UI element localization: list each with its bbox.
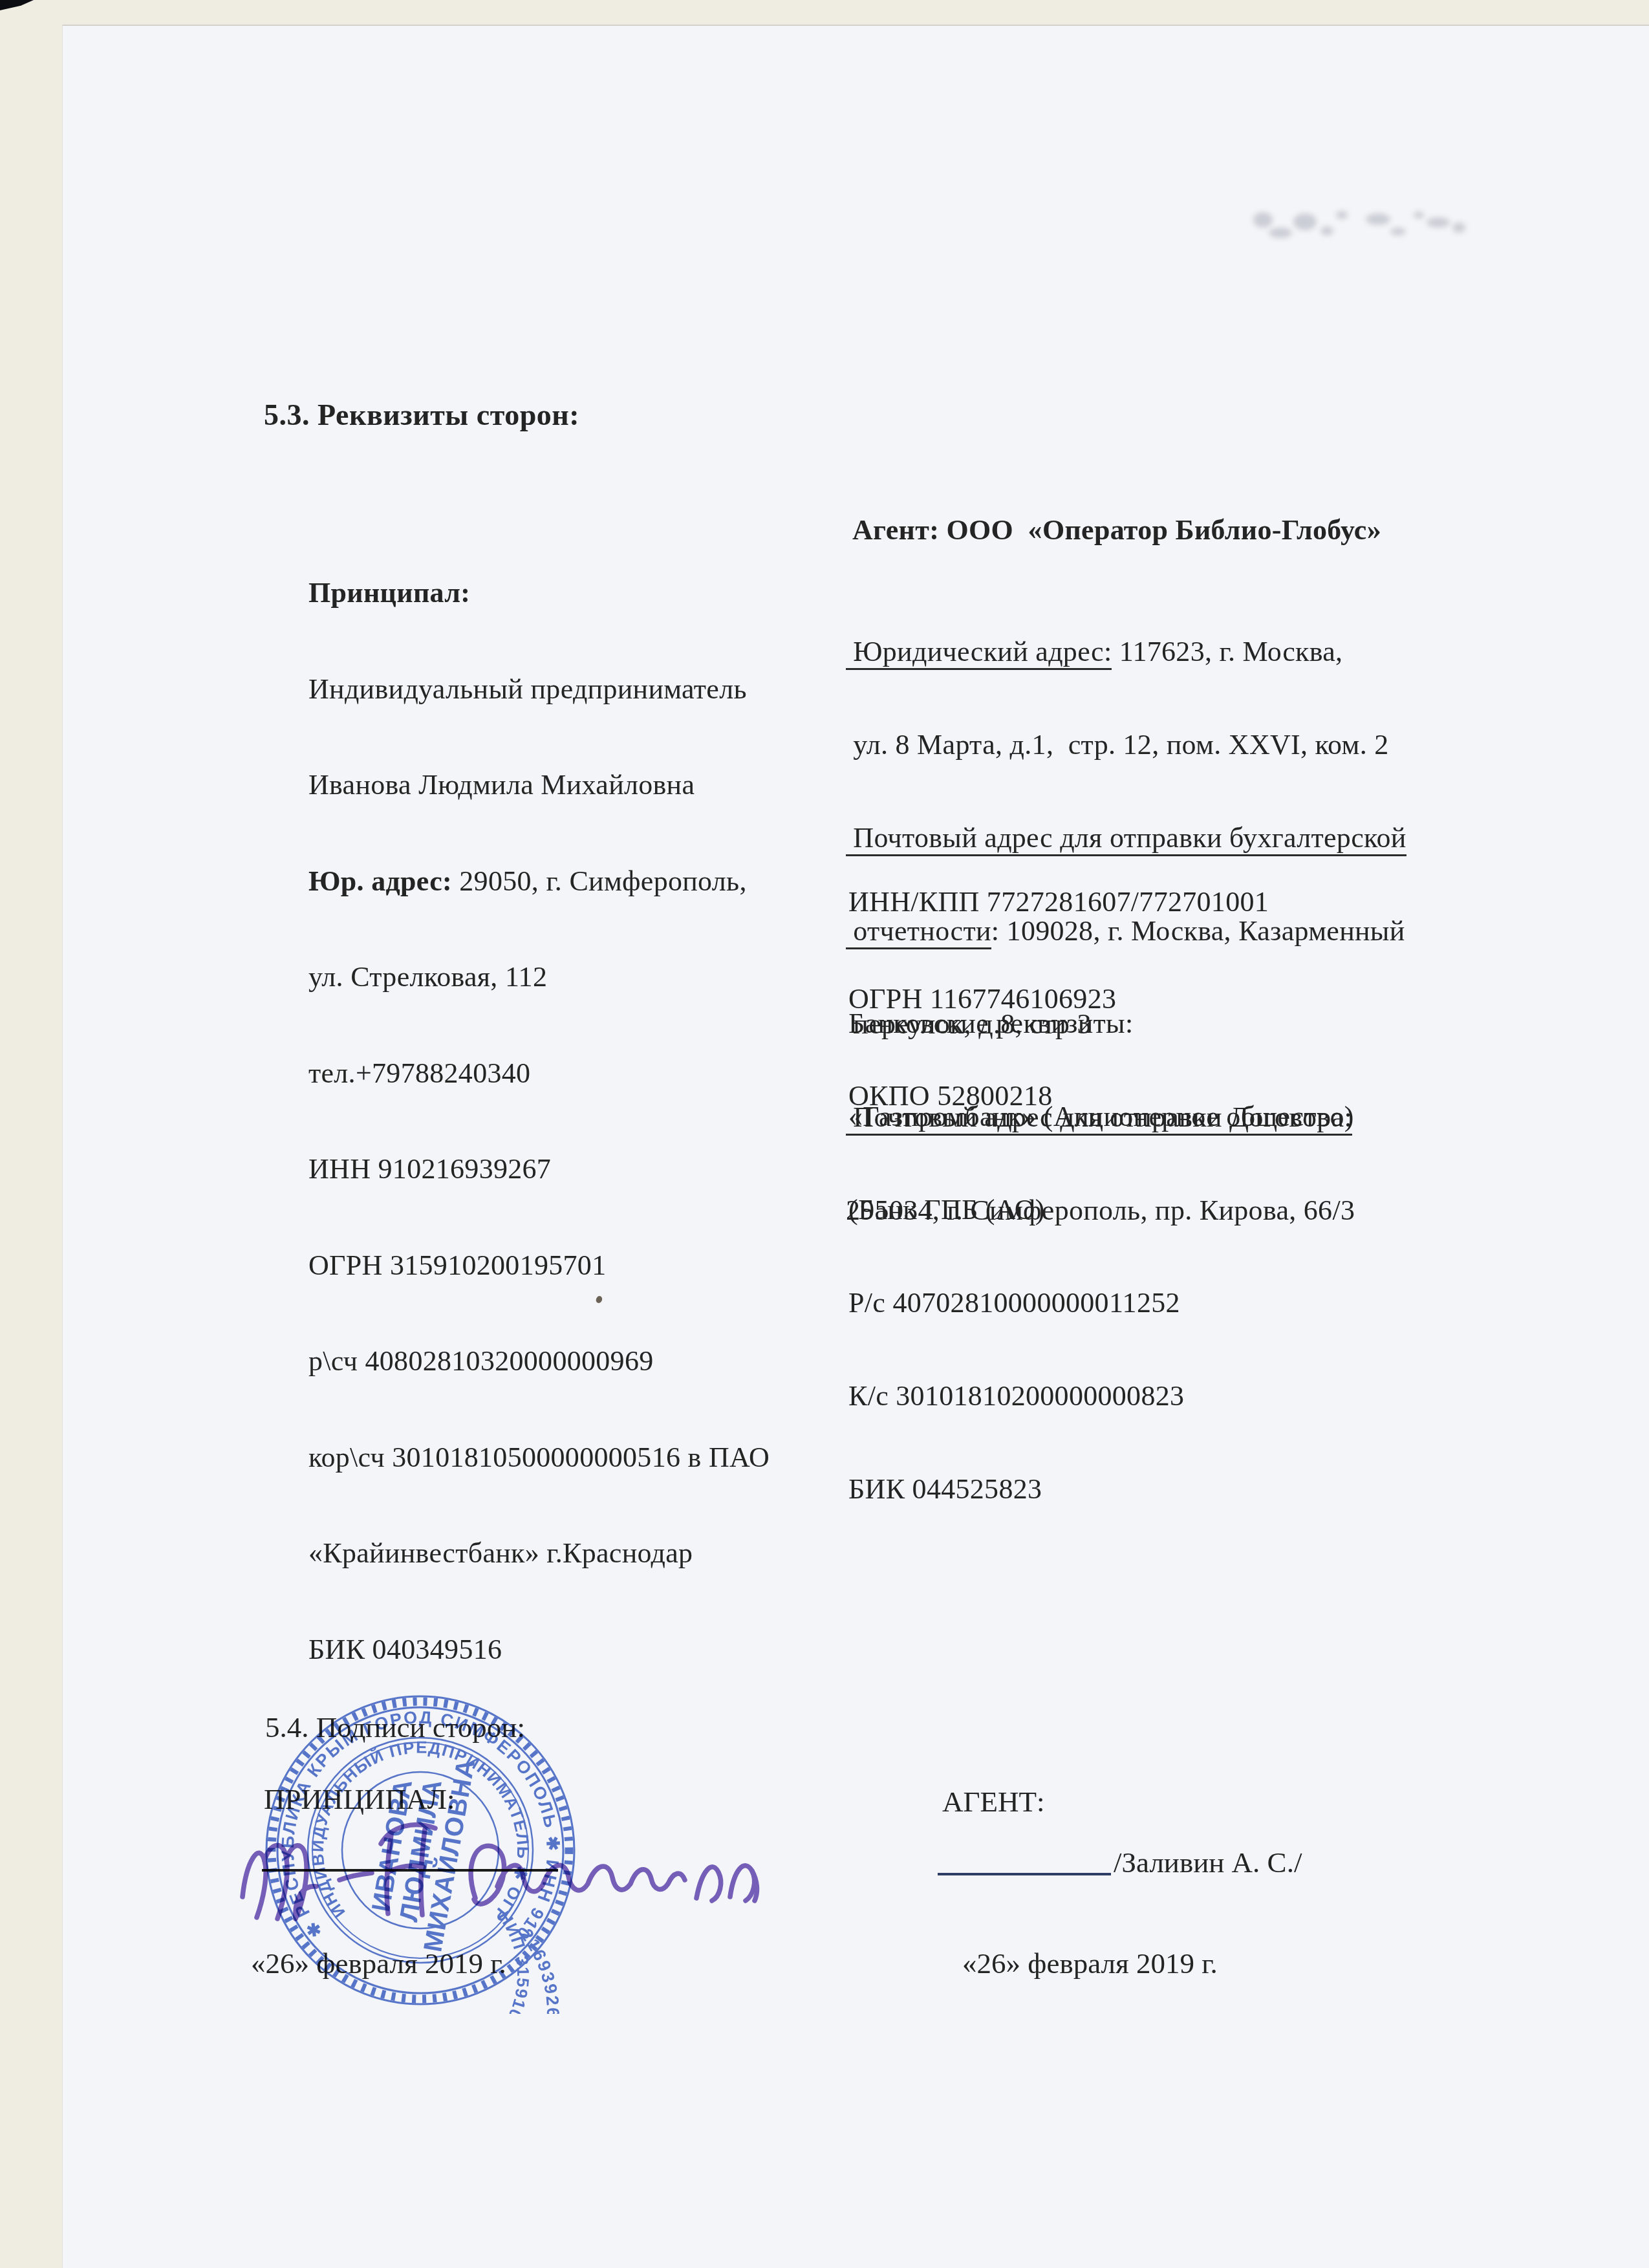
principal-name-line2: Иванова Людмила Михайловна	[308, 769, 770, 801]
principal-name-line1: Индивидуальный предприниматель	[308, 673, 770, 706]
principal-handwritten-signature	[230, 1788, 766, 1937]
agent-heading: Агент: ООО «Оператор Библио-Глобус»	[852, 514, 1381, 546]
agent-correspondent-account: К/с 30101810200000000823	[848, 1381, 1354, 1412]
principal-ogrn: ОГРН 315910200195701	[308, 1249, 770, 1282]
agent-bank-name: «Газпромбанк» (Акционерное общество)	[848, 1101, 1354, 1132]
agent-jur-address-value: 117623, г. Москва,	[1112, 636, 1342, 667]
principal-bik: БИК 040349516	[308, 1634, 770, 1666]
agent-jur-address-line1: Юридический адрес: 117623, г. Москва,	[846, 636, 1406, 667]
agent-settlement-account: Р/с 40702810000000011252	[848, 1288, 1354, 1319]
agent-inn-kpp: ИНН/КПП 7727281607/772701001	[848, 886, 1269, 918]
agent-bank-block: Банковские реквизиты: «Газпромбанк» (Акц…	[848, 946, 1354, 1567]
scan-corner-artifact	[0, 0, 34, 10]
principal-phone: тел.+79788240340	[308, 1057, 770, 1090]
principal-heading: Принципал:	[308, 577, 770, 609]
agent-bik: БИК 044525823	[848, 1474, 1354, 1505]
principal-requisites-block: Принципал: Индивидуальный предпринимател…	[308, 513, 770, 1729]
agent-jur-address-line2: ул. 8 Марта, д.1, стр. 12, пом. XXVI, ко…	[846, 729, 1406, 761]
agent-signature-line	[938, 1873, 1111, 1875]
principal-bank-name: «Крайинвестбанк» г.Краснодар	[308, 1537, 770, 1570]
section-5-3-title: 5.3. Реквизиты сторон:	[264, 398, 579, 432]
principal-correspondent-account: кор\сч 30101810500000000516 в ПАО	[308, 1442, 770, 1474]
agent-bank-name2: (Банк ГПБ (АО)	[848, 1194, 1354, 1226]
principal-address-line2: ул. Стрелковая, 112	[308, 961, 770, 993]
agent-signature-label: АГЕНТ:	[942, 1785, 1045, 1819]
agent-bank-heading: Банковские реквизиты:	[848, 1008, 1354, 1039]
principal-settlement-account: р\сч 40802810320000000969	[308, 1345, 770, 1377]
date-agent: «26» февраля 2019 г.	[962, 1947, 1218, 1980]
principal-address-label: Юр. адрес:	[308, 865, 452, 897]
scanned-page: 5.3. Реквизиты сторон: Принципал: Индиви…	[0, 0, 1649, 2268]
agent-jur-address-label: Юридический адрес:	[846, 636, 1112, 670]
agent-signatory-name: /Заливин А. С./	[1114, 1846, 1302, 1879]
principal-address-value: 29050, г. Симферополь,	[452, 865, 747, 897]
principal-address-line1: Юр. адрес: 29050, г. Симферополь,	[308, 865, 770, 898]
principal-inn: ИНН 910216939267	[308, 1153, 770, 1185]
